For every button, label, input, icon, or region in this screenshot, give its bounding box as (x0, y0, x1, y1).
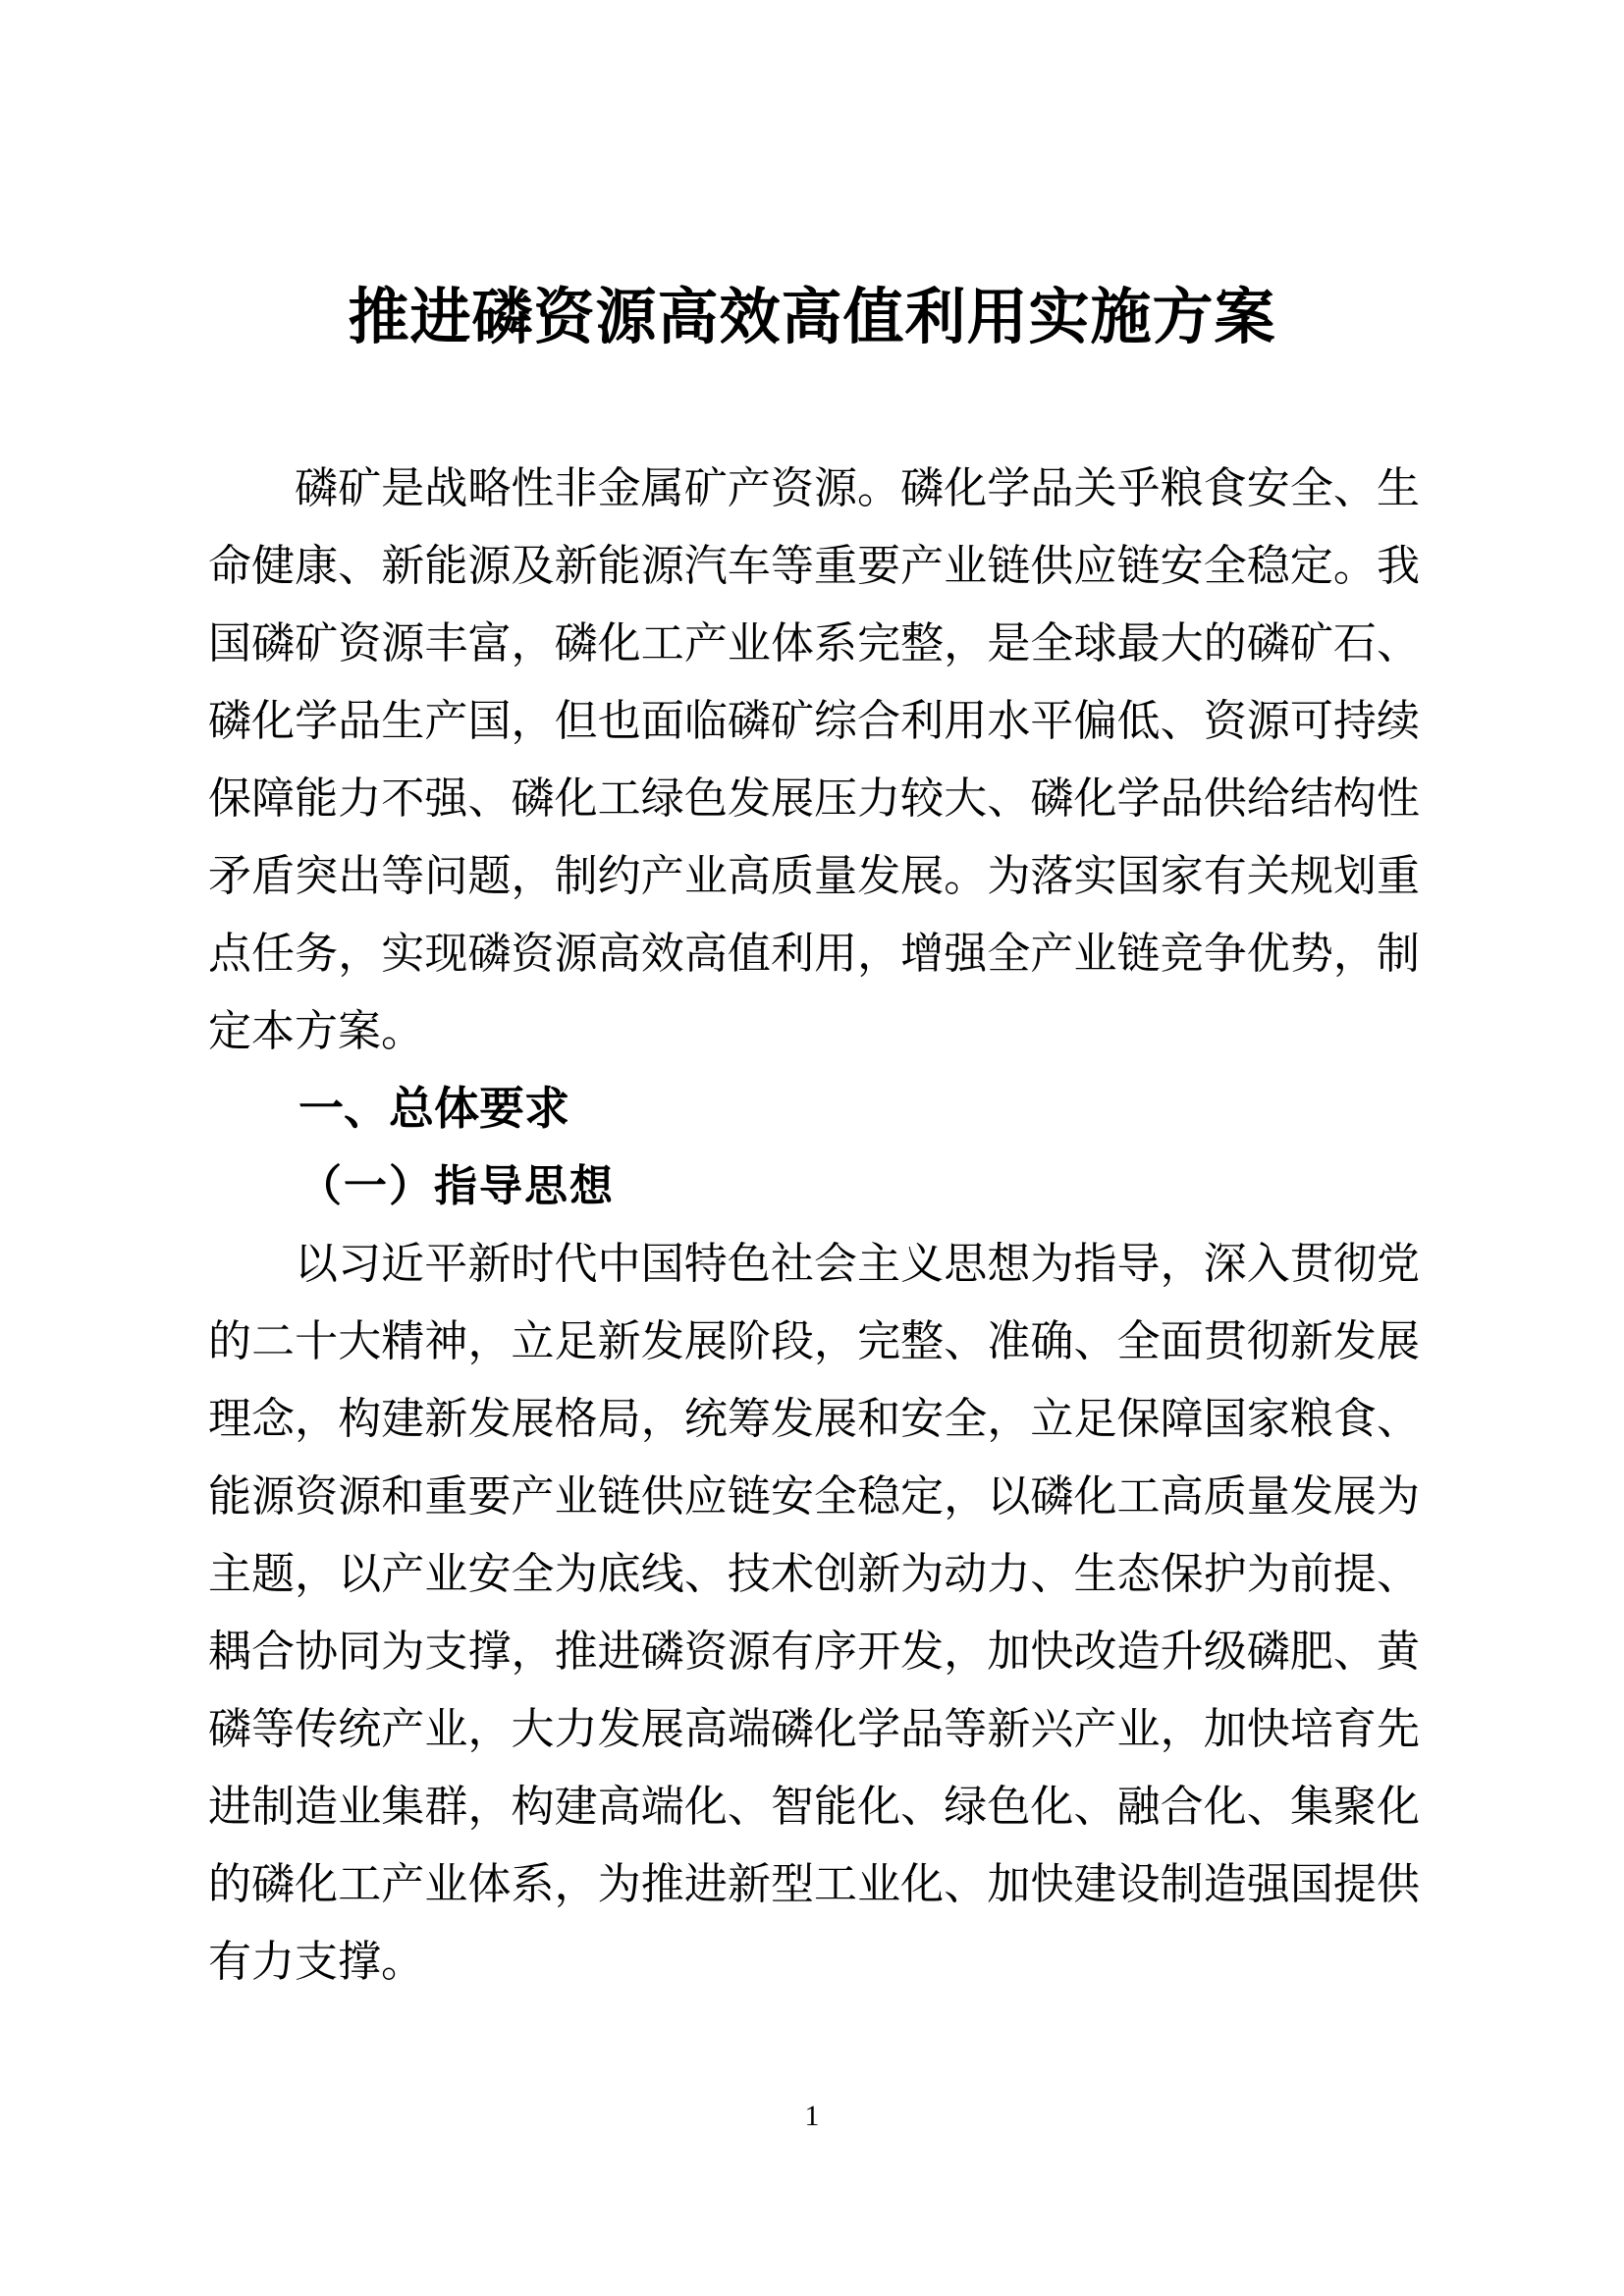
subsection-heading: （一）指导思想 (208, 1148, 1420, 1225)
paragraph-1-line: 矛盾突出等问题，制约产业高质量发展。为落实国家有关规划重 (208, 837, 1420, 915)
paragraph-1-line: 磷化学品生产国，但也面临磷矿综合利用水平偏低、资源可持续 (208, 682, 1420, 760)
paragraph-1-line: 保障能力不强、磷化工绿色发展压力较大、磷化学品供给结构性 (208, 760, 1420, 837)
paragraph-2-line: 进制造业集群，构建高端化、智能化、绿色化、融合化、集聚化 (208, 1768, 1420, 1845)
paragraph-1-line: 磷矿是战略性非金属矿产资源。磷化学品关乎粮食安全、生 (208, 450, 1420, 527)
paragraph-1-line: 定本方案。 (208, 992, 1420, 1070)
paragraph-1-line: 国磷矿资源丰富，磷化工产业体系完整，是全球最大的磷矿石、 (208, 605, 1420, 682)
paragraph-1-line: 点任务，实现磷资源高效高值利用，增强全产业链竞争优势，制 (208, 915, 1420, 992)
paragraph-2-line: 耦合协同为支撑，推进磷资源有序开发，加快改造升级磷肥、黄 (208, 1613, 1420, 1690)
paragraph-2-line: 磷等传统产业，大力发展高端磷化学品等新兴产业，加快培育先 (208, 1690, 1420, 1768)
paragraph-2-line: 理念，构建新发展格局，统筹发展和安全，立足保障国家粮食、 (208, 1380, 1420, 1458)
paragraph-2-line: 有力支撑。 (208, 1923, 1420, 2001)
paragraph-2-line: 主题，以产业安全为底线、技术创新为动力、生态保护为前提、 (208, 1535, 1420, 1613)
section-heading: 一、总体要求 (208, 1070, 1420, 1148)
document-body: 磷矿是战略性非金属矿产资源。磷化学品关乎粮食安全、生 命健康、新能源及新能源汽车… (208, 450, 1420, 2001)
paragraph-1-line: 命健康、新能源及新能源汽车等重要产业链供应链安全稳定。我 (208, 527, 1420, 605)
paragraph-2-line: 能源资源和重要产业链供应链安全稳定，以磷化工高质量发展为 (208, 1458, 1420, 1535)
paragraph-2-line: 的磷化工产业体系，为推进新型工业化、加快建设制造强国提供 (208, 1845, 1420, 1923)
document-title: 推进磷资源高效高值利用实施方案 (0, 283, 1624, 354)
page-number: 1 (0, 2089, 1624, 2144)
document-page: 推进磷资源高效高值利用实施方案 磷矿是战略性非金属矿产资源。磷化学品关乎粮食安全… (0, 0, 1624, 2296)
paragraph-2-line: 的二十大精神，立足新发展阶段，完整、准确、全面贯彻新发展 (208, 1303, 1420, 1380)
paragraph-2-line: 以习近平新时代中国特色社会主义思想为指导，深入贯彻党 (208, 1225, 1420, 1303)
